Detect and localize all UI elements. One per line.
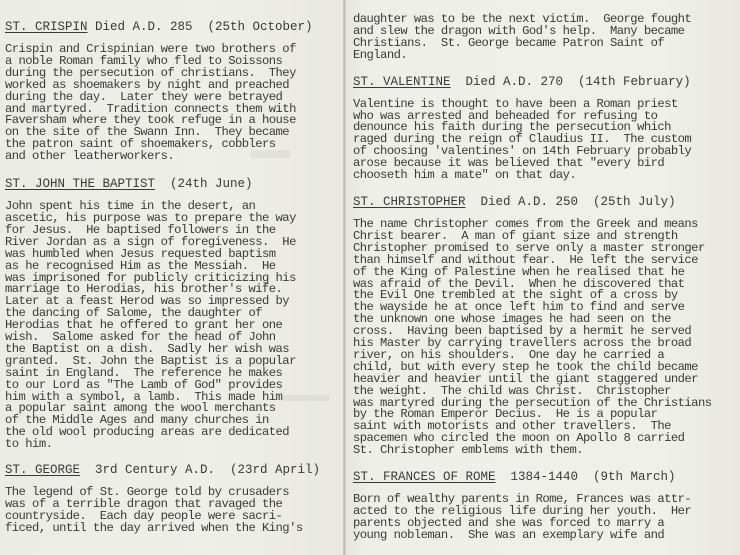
section-st-john-the-baptist: ST. JOHN THE BAPTIST (24th June) John sp… [5,177,340,451]
paper-smudge [250,150,290,158]
saint-dates: 3rd Century A.D. (23rd April) [80,463,320,477]
page-fold [343,0,346,555]
section-heading: ST. JOHN THE BAPTIST (24th June) [5,177,340,191]
saint-dates: 1384-1440 (9th March) [496,470,676,484]
section-st-christopher: ST. CHRISTOPHER Died A.D. 250 (25th July… [353,195,738,457]
section-st-crispin: ST. CRISPIN Died A.D. 285 (25th October)… [5,20,340,163]
left-column: ST. CRISPIN Died A.D. 285 (25th October)… [5,20,340,548]
section-body: The name Christopher comes from the Gree… [353,219,738,457]
saint-name: ST. FRANCES OF ROME [353,470,496,484]
section-heading: ST. GEORGE 3rd Century A.D. (23rd April) [5,463,340,477]
section-body: The legend of St. George told by crusade… [5,487,340,535]
section-heading: ST. CRISPIN Died A.D. 285 (25th October) [5,20,340,34]
section-st-valentine: ST. VALENTINE Died A.D. 270 (14th Februa… [353,75,738,182]
right-page: daughter was to be the next victim. Geor… [345,0,740,555]
saint-dates: (24th June) [155,177,253,191]
section-body: Born of wealthy parents in Rome, Frances… [353,494,738,542]
section-st-frances-of-rome: ST. FRANCES OF ROME 1384-1440 (9th March… [353,470,738,542]
saint-name: ST. VALENTINE [353,75,451,89]
saint-dates: Died A.D. 250 (25th July) [466,195,676,209]
section-heading: ST. FRANCES OF ROME 1384-1440 (9th March… [353,470,738,484]
right-column: daughter was to be the next victim. Geor… [353,14,738,555]
section-body: daughter was to be the next victim. Geor… [353,14,738,62]
saint-name: ST. JOHN THE BAPTIST [5,177,155,191]
section-body: Crispin and Crispinian were two brothers… [5,44,340,163]
booklet-spread: ST. CRISPIN Died A.D. 285 (25th October)… [0,0,740,555]
section-heading: ST. CHRISTOPHER Died A.D. 250 (25th July… [353,195,738,209]
section-heading: ST. VALENTINE Died A.D. 270 (14th Februa… [353,75,738,89]
saint-dates: Died A.D. 270 (14th February) [451,75,691,89]
saint-name: ST. CHRISTOPHER [353,195,466,209]
saint-name: ST. CRISPIN [5,20,88,34]
saint-name: ST. GEORGE [5,463,80,477]
left-page: ST. CRISPIN Died A.D. 285 (25th October)… [0,0,345,555]
paper-smudge [280,395,330,401]
section-body: John spent his time in the desert, an as… [5,201,340,451]
section-st-george-continued: daughter was to be the next victim. Geor… [353,14,738,62]
section-body: Valentine is thought to have been a Roma… [353,99,738,182]
saint-dates: Died A.D. 285 (25th October) [88,20,313,34]
section-st-george: ST. GEORGE 3rd Century A.D. (23rd April)… [5,463,340,535]
